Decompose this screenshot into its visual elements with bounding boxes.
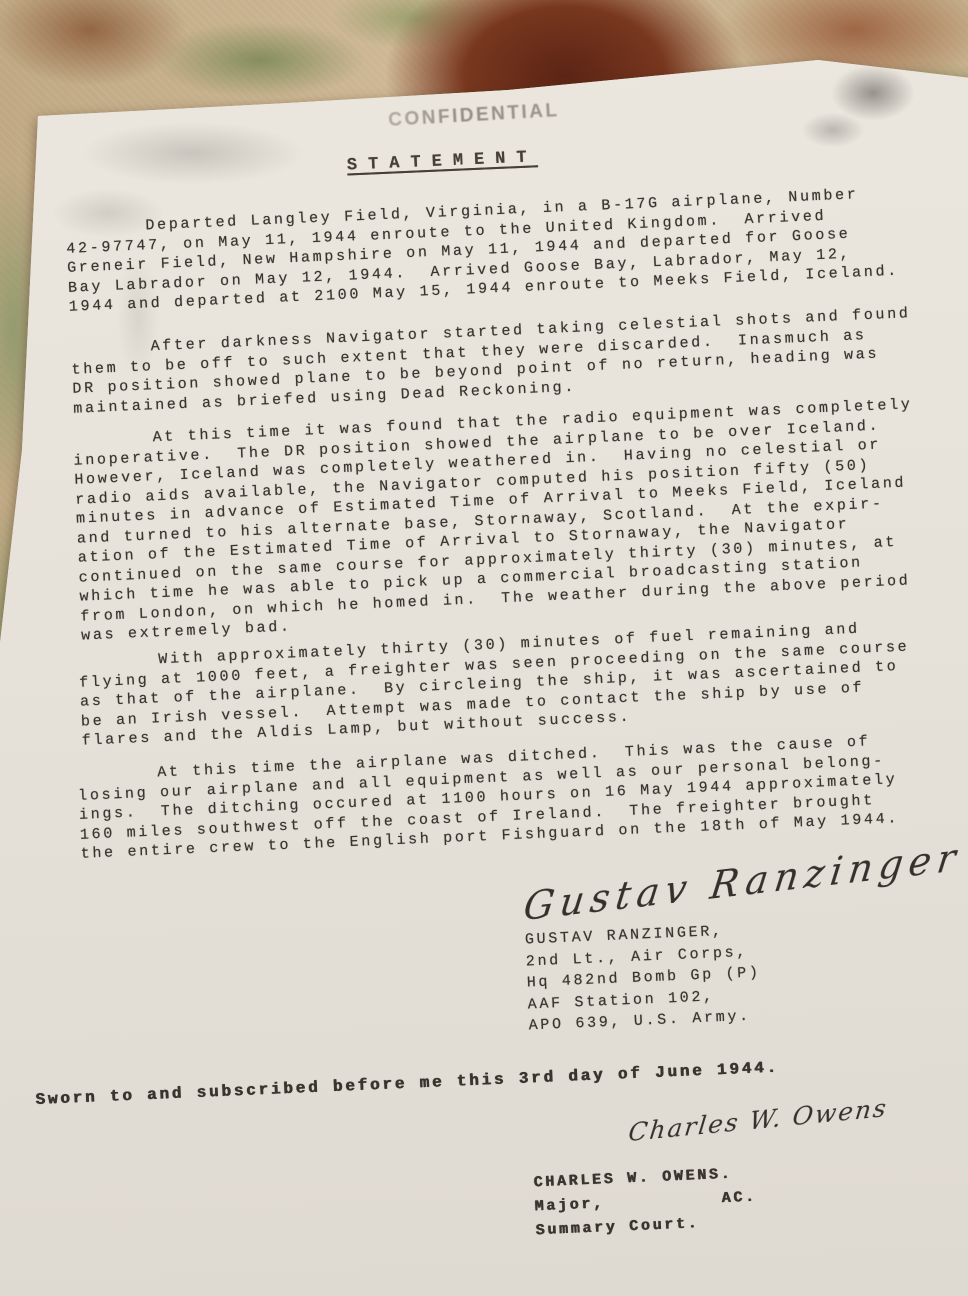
confidential-stamp: CONFIDENTIAL [359, 98, 590, 133]
document-paper: CONFIDENTIAL STATEMENT Departed Langley … [0, 58, 968, 1296]
charles-owens-signature: Charles W. Owens [627, 1093, 890, 1147]
charles-owens-signature-block: CHARLES W. OWENS. Major, AC. Summary Cou… [533, 1133, 968, 1244]
statement-paragraph: Departed Langley Field, Virginia, in a B… [65, 181, 953, 317]
paper-shadow: CONFIDENTIAL STATEMENT Departed Langley … [0, 0, 968, 1296]
statement-title: STATEMENT [347, 148, 538, 175]
statement-paragraph: At this time it was found that the radio… [72, 393, 966, 646]
photo-background: CONFIDENTIAL STATEMENT Departed Langley … [0, 0, 968, 1296]
statement-paragraph: At this time the airplane was ditched. T… [77, 728, 965, 864]
document-content: CONFIDENTIAL STATEMENT Departed Langley … [36, 18, 968, 1296]
